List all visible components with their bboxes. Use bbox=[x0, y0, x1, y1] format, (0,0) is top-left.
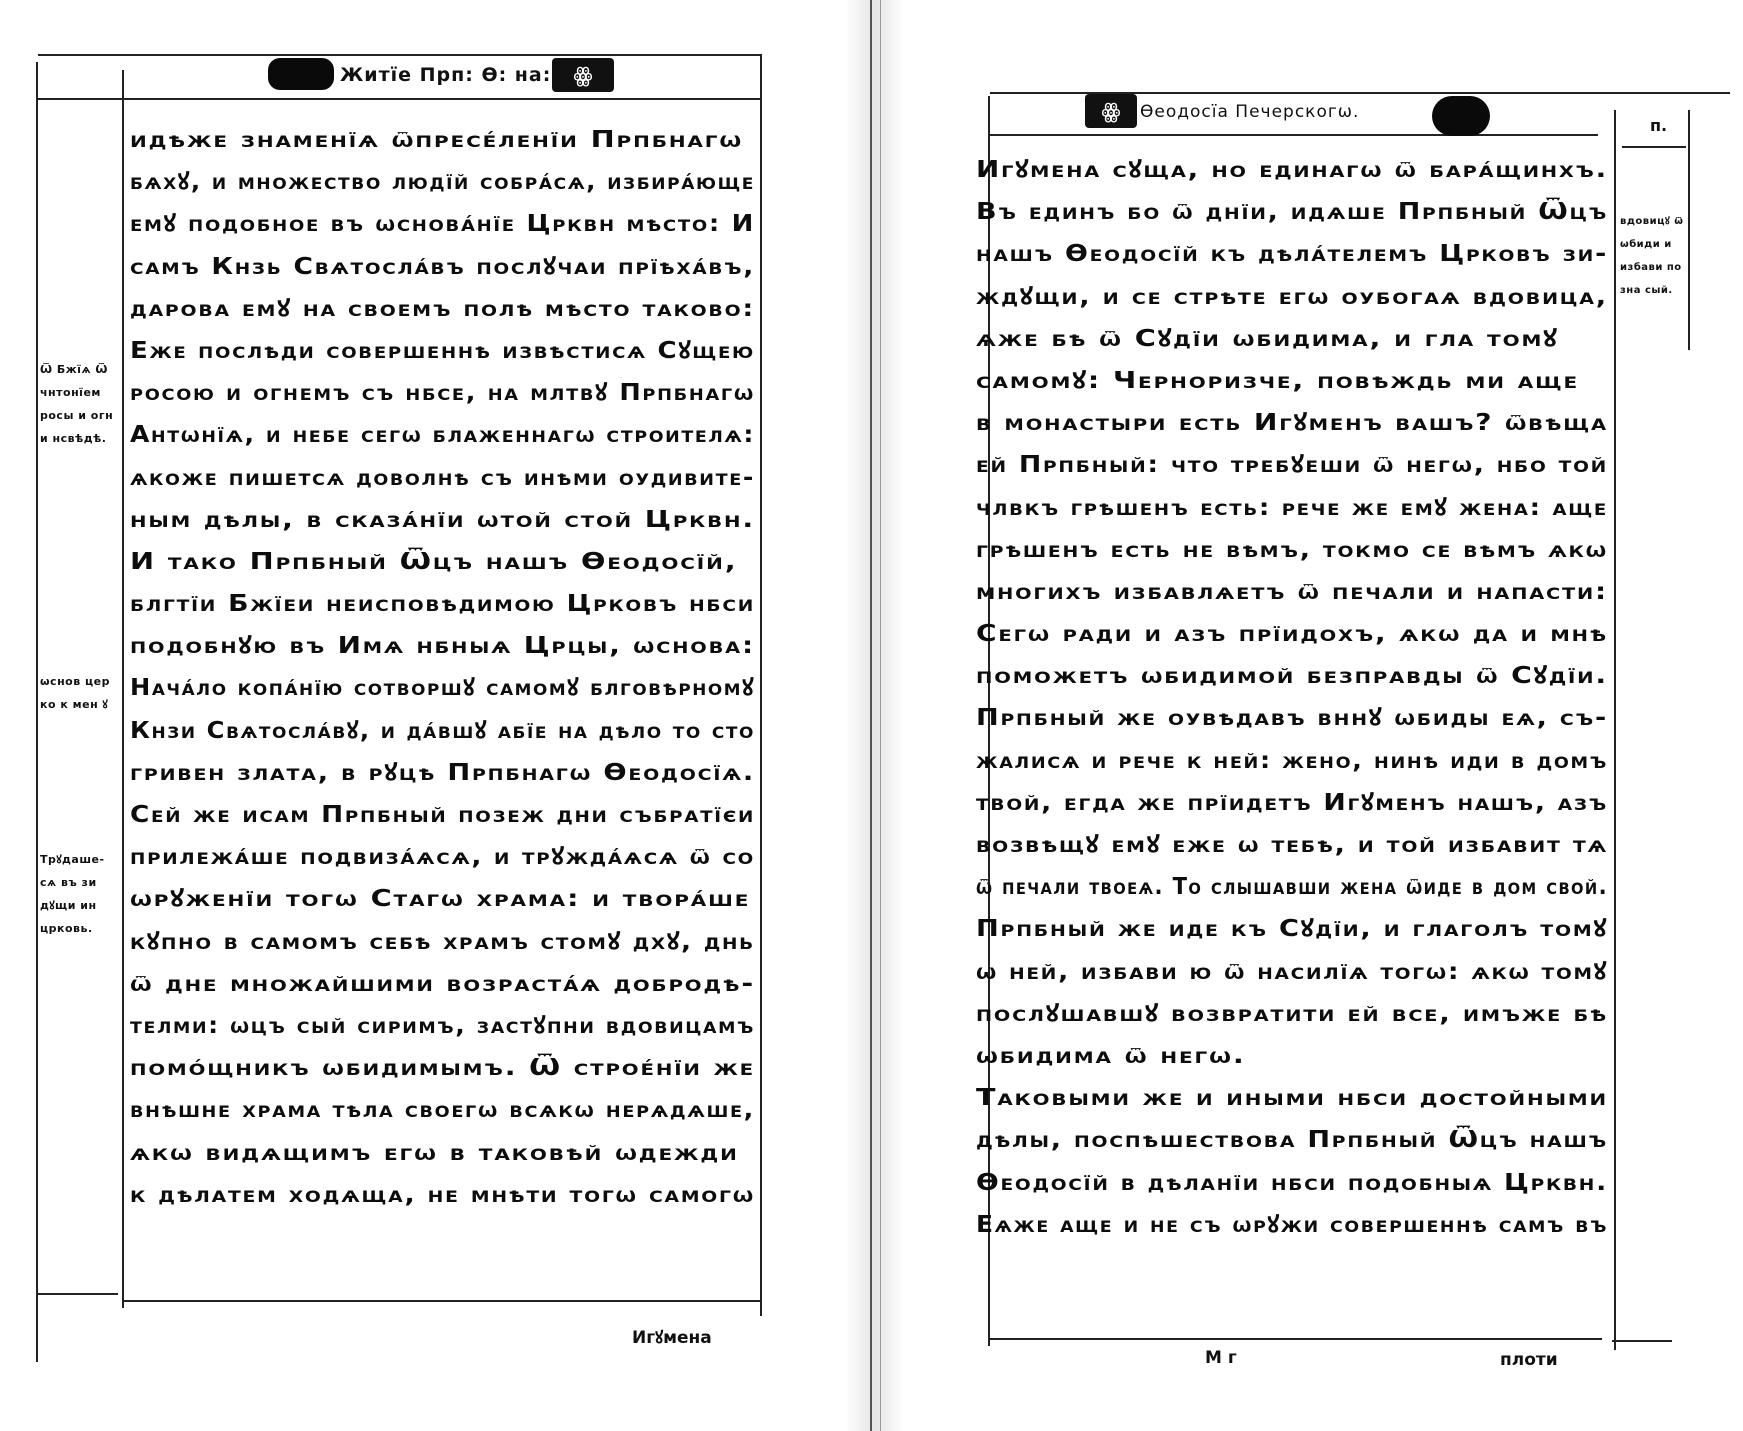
left-outer-margin-rule bbox=[36, 62, 38, 1362]
marginal-note: Ѿ Бжїѧ Ѿ чнтонїем росы и огн и нсвѣдѣ. bbox=[40, 358, 120, 450]
catchword: Игꙋмена bbox=[632, 1325, 712, 1348]
right-header-bottom-rule bbox=[990, 134, 1598, 136]
right-bottom-rule-margin bbox=[1612, 1340, 1672, 1342]
right-margin-header-rule bbox=[1622, 146, 1686, 148]
text-line: емꙋ подобное въ ѡснова́нїе Црквн мѣсто: … bbox=[130, 202, 755, 244]
left-header-top-rule bbox=[38, 54, 760, 56]
ink-blot bbox=[268, 58, 334, 90]
gutter-shadow bbox=[845, 0, 905, 1431]
left-text-right-rule bbox=[760, 54, 762, 1316]
text-line: ждꙋщи, и се стрѣте егѡ оубогаѧ вдовица, bbox=[976, 275, 1608, 317]
text-line: бѧхꙋ, и множество людїй собра́сѧ, избира… bbox=[130, 160, 755, 202]
running-head: Ѳеодосїа Печерскогѡ. bbox=[1140, 102, 1359, 122]
text-line: И тако Прпбный Ѿцъ нашъ Ѳеодосїй, bbox=[130, 540, 755, 582]
text-line: послꙋшавшꙋ возвратити ей все, имъже бѣ bbox=[976, 992, 1608, 1034]
text-line: многихъ избавлѧетъ ѿ печали и напасти: bbox=[976, 570, 1608, 612]
right-page-body: Игꙋмена сꙋща, но единагѡ ѿ бара́щинхъ. В… bbox=[976, 148, 1608, 1245]
text-line: дарова емꙋ на своемъ полѣ мѣсто таково: bbox=[130, 287, 755, 329]
text-line: ѿ дне множайшими возраста́ѧ добродѣ- bbox=[130, 962, 755, 1004]
text-line: ѧкѡ видѧщимъ егѡ в таковѣй ѡдежди bbox=[130, 1131, 755, 1173]
text-line: Прпбный же оувѣдавъ вннꙋ ѡбиды еѧ, съ- bbox=[976, 696, 1608, 738]
marginal-note: Трꙋдаше- сѧ въ зи дꙋщи ин црковь. bbox=[40, 848, 120, 940]
ornament-icon: ꙮ bbox=[552, 58, 614, 92]
text-line: ѧкоже пишетсѧ доволнѣ съ инѣми оудивите- bbox=[130, 456, 755, 498]
gutter-line-secondary bbox=[880, 0, 881, 1431]
left-bottom-rule bbox=[122, 1300, 762, 1302]
text-line: Сей же исам Прпбный позеж дни събратїєи bbox=[130, 793, 755, 835]
text-line: ѧже бѣ ѿ Сꙋдїи ѡбидима, и гла томꙋ bbox=[976, 317, 1608, 359]
text-line: поможетъ ѡбидимой безправды ѿ Сꙋдїи. bbox=[976, 654, 1608, 696]
text-line: блгтїи Бжїеи неисповѣдимою Црковъ нбси bbox=[130, 582, 755, 624]
text-line: Антѡнїѧ, и небе сегѡ блаженнагѡ строител… bbox=[130, 413, 755, 455]
text-line: гривен злата, в рꙋцѣ Прпбнагѡ Ѳеодосїѧ. bbox=[130, 751, 755, 793]
text-line: прилежа́ше подвиза́ѧсѧ, и трꙋжда́ѧсѧ ѿ с… bbox=[130, 835, 755, 877]
text-line: в монастыри есть Игꙋменъ вашъ? ѿвѣща bbox=[976, 401, 1608, 443]
text-line: идѣже знаменїѧ ѿпресе́ленїи Прпбнагѡ bbox=[130, 118, 755, 160]
catchword: плоти bbox=[1500, 1350, 1558, 1370]
text-line: ѡрꙋженїи тогѡ Стагѡ храма: и твора́ше bbox=[130, 877, 755, 919]
text-line: самомꙋ: Черноризче, повѣждь ми аще bbox=[976, 359, 1608, 401]
signature-mark: М г bbox=[1205, 1348, 1237, 1368]
text-line: Сегѡ ради и азъ прїидохъ, ѧкѡ да и мнѣ bbox=[976, 612, 1608, 654]
text-line: жалисѧ и рече к ней: жено, нинѣ иди в до… bbox=[976, 739, 1608, 781]
text-line: Кнзи Свѧтосла́вꙋ, и да́вшꙋ абїе на дѣло … bbox=[130, 709, 755, 751]
text-line: телми: ѡцъ сый сиримъ, застꙋпни вдовицам… bbox=[130, 1004, 755, 1046]
text-line: Ѳеодосїй в дѣланїи нбси подобныѧ Црквн. bbox=[976, 1161, 1608, 1203]
ornament-icon: ꙮ bbox=[1085, 94, 1137, 128]
text-line: Еѧже аще и не съ ѡрꙋжи совершеннѣ самъ в… bbox=[976, 1203, 1608, 1245]
text-line: возвѣщꙋ емꙋ еже ѡ тебѣ, и той избавит тѧ bbox=[976, 823, 1608, 865]
left-text-left-rule bbox=[122, 70, 124, 1308]
left-page-body: идѣже знаменїѧ ѿпресе́ленїи Прпбнагѡ бѧх… bbox=[130, 118, 755, 1215]
text-line: ѡ ней, избави ю ѿ насилїѧ тогѡ: ѧкѡ томꙋ bbox=[976, 950, 1608, 992]
gutter-line bbox=[870, 0, 872, 1431]
page-number: п. bbox=[1650, 116, 1667, 135]
text-line: внѣшне храма тѣла своегѡ всѧкѡ нерѧдѧше, bbox=[130, 1088, 755, 1130]
text-line: твой, егда же прїидетъ Игꙋменъ нашъ, азъ bbox=[976, 781, 1608, 823]
ink-blot bbox=[1432, 96, 1490, 136]
text-line: Игꙋмена сꙋща, но единагѡ ѿ бара́щинхъ. bbox=[976, 148, 1608, 190]
running-head: Житїе Прп: Ѳ: на: bbox=[340, 64, 551, 86]
text-line: Таковыми же и иными нбси достойными bbox=[976, 1076, 1608, 1118]
text-line: члвкъ грѣшенъ есть: рече же емꙋ жена: ащ… bbox=[976, 486, 1608, 528]
text-line: кꙋпно в самомъ себѣ храмъ стомꙋ дхꙋ, днь bbox=[130, 920, 755, 962]
right-text-right-rule bbox=[1614, 110, 1616, 1350]
text-line: к дѣлатем ходѧща, не мнѣти тогѡ самогѡ bbox=[130, 1173, 755, 1215]
marginal-note: ѡснов цер ко к мен ꙋ bbox=[40, 670, 120, 716]
left-bottom-rule-margin bbox=[38, 1293, 118, 1295]
text-line: самъ Кнзь Свѧтосла́въ послꙋчаи прїѣха́въ… bbox=[130, 245, 755, 287]
text-line: подобнꙋю въ Имѧ нбныѧ Црцы, ѡснова: bbox=[130, 624, 755, 666]
left-header-bottom-rule bbox=[38, 98, 760, 100]
text-line: ѿ печали твоеѧ. То слышавши жена ѿиде в … bbox=[976, 865, 1608, 907]
text-line: ѡбидима ѿ негѡ. bbox=[976, 1034, 1608, 1076]
marginal-note: вдовицꙋ ѿ ѡбиди и избави по зна сый. bbox=[1620, 210, 1690, 302]
text-line: Нача́ло копа́нїю сотворшꙋ самомꙋ блговѣр… bbox=[130, 666, 755, 708]
text-line: росою и огнемъ съ нбсе, на млтвꙋ Прпбнаг… bbox=[130, 371, 755, 413]
text-line: ей Прпбный: что требꙋеши ѿ негѡ, нбо той bbox=[976, 443, 1608, 485]
text-line: помо́щникъ ѡбидимымъ. Ѿ строе́нїи же bbox=[130, 1046, 755, 1088]
text-line: ным дѣлы, в сказа́нїи ѡтой стой Црквн. bbox=[130, 498, 755, 540]
text-line: Прпбный же иде къ Сꙋдїи, и глаголъ томꙋ bbox=[976, 907, 1608, 949]
text-line: грѣшенъ есть не вѣмъ, токмо се вѣмъ ѧкѡ bbox=[976, 528, 1608, 570]
text-line: Въ единъ бо ѿ днїи, идѧше Прпбный Ѿцъ bbox=[976, 190, 1608, 232]
text-line: Еже послѣди совершеннѣ извѣстисѧ Сꙋщею bbox=[130, 329, 755, 371]
right-bottom-rule bbox=[990, 1338, 1602, 1340]
text-line: нашъ Ѳеодосїй къ дѣла́телемъ Црковъ зи- bbox=[976, 232, 1608, 274]
text-line: дѣлы, поспѣшествова Прпбный Ѿцъ нашъ bbox=[976, 1118, 1608, 1160]
